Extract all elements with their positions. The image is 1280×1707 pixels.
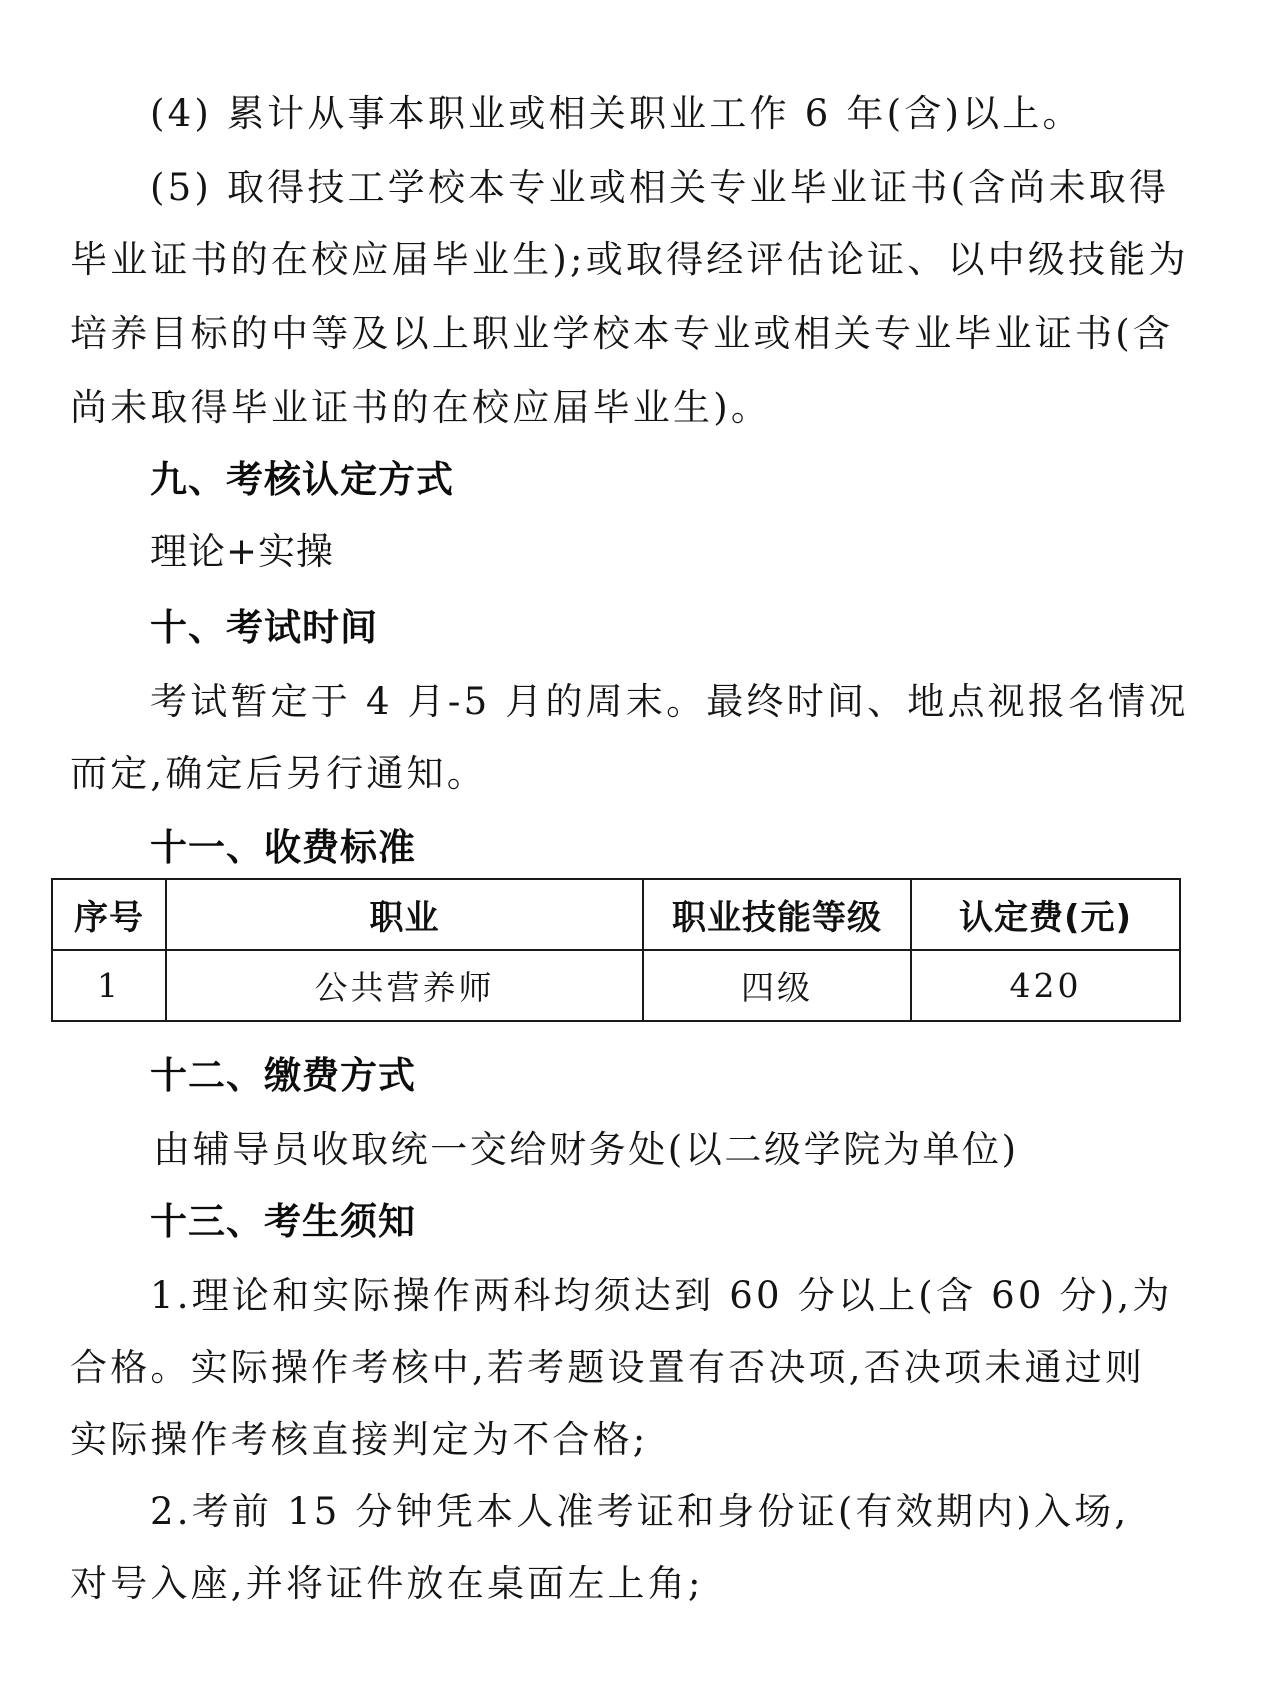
notice-1-line-2: 合格。实际操作考核中,若考题设置有否决项,否决项未通过则 [70,1346,1145,1390]
condition-item-5-line-3: 培养目标的中等及以上职业学校本专业或相关专业毕业证书(含 [70,312,1173,356]
table-row: 1 公共营养师 四级 420 [52,950,1180,1021]
assessment-method-text: 理论+实操 [150,530,334,574]
exam-time-line-1: 考试暂定于 4 月-5 月的周末。最终时间、地点视报名情况 [150,680,1189,724]
fee-table-header-index: 序号 [52,879,166,950]
fee-table-header-row: 序号 职业 职业技能等级 认定费(元) [52,879,1180,950]
condition-item-5-line-2: 毕业证书的在校应届毕业生);或取得经评估论证、以中级技能为 [70,238,1189,282]
section-heading-exam-time: 十、考试时间 [150,606,378,650]
notice-2-line-1: 2.考前 15 分钟凭本人准考证和身份证(有效期内)入场, [150,1490,1129,1534]
fee-table-header-fee: 认定费(元) [911,879,1180,950]
payment-method-text: 由辅导员收取统一交给财务处(以二级学院为单位) [153,1128,1019,1172]
exam-time-line-2: 而定,确定后另行通知。 [70,752,487,796]
notice-1-line-1: 1.理论和实际操作两科均须达到 60 分以上(含 60 分),为 [150,1274,1173,1318]
section-heading-candidate-notice: 十三、考生须知 [150,1200,416,1244]
section-heading-fee-standard: 十一、收费标准 [150,826,416,870]
condition-item-5-line-1: (5) 取得技工学校本专业或相关专业毕业证书(含尚未取得 [150,166,1169,210]
fee-table-cell-index: 1 [52,950,166,1021]
fee-table-cell-skill-level: 四级 [643,950,911,1021]
fee-table-header-occupation: 职业 [166,879,643,950]
condition-item-4: (4) 累计从事本职业或相关职业工作 6 年(含)以上。 [150,92,1083,136]
fee-table-header-skill-level: 职业技能等级 [643,879,911,950]
notice-2-line-2: 对号入座,并将证件放在桌面左上角; [70,1562,704,1606]
notice-1-line-3: 实际操作考核直接判定为不合格; [70,1418,648,1462]
fee-table-cell-fee: 420 [911,950,1180,1021]
condition-item-5-line-4: 尚未取得毕业证书的在校应届毕业生)。 [70,386,771,430]
section-heading-payment-method: 十二、缴费方式 [150,1054,416,1098]
fee-table: 序号 职业 职业技能等级 认定费(元) 1 公共营养师 四级 420 [51,878,1181,1022]
fee-table-cell-occupation: 公共营养师 [166,950,643,1021]
section-heading-assessment-method: 九、考核认定方式 [150,458,454,502]
